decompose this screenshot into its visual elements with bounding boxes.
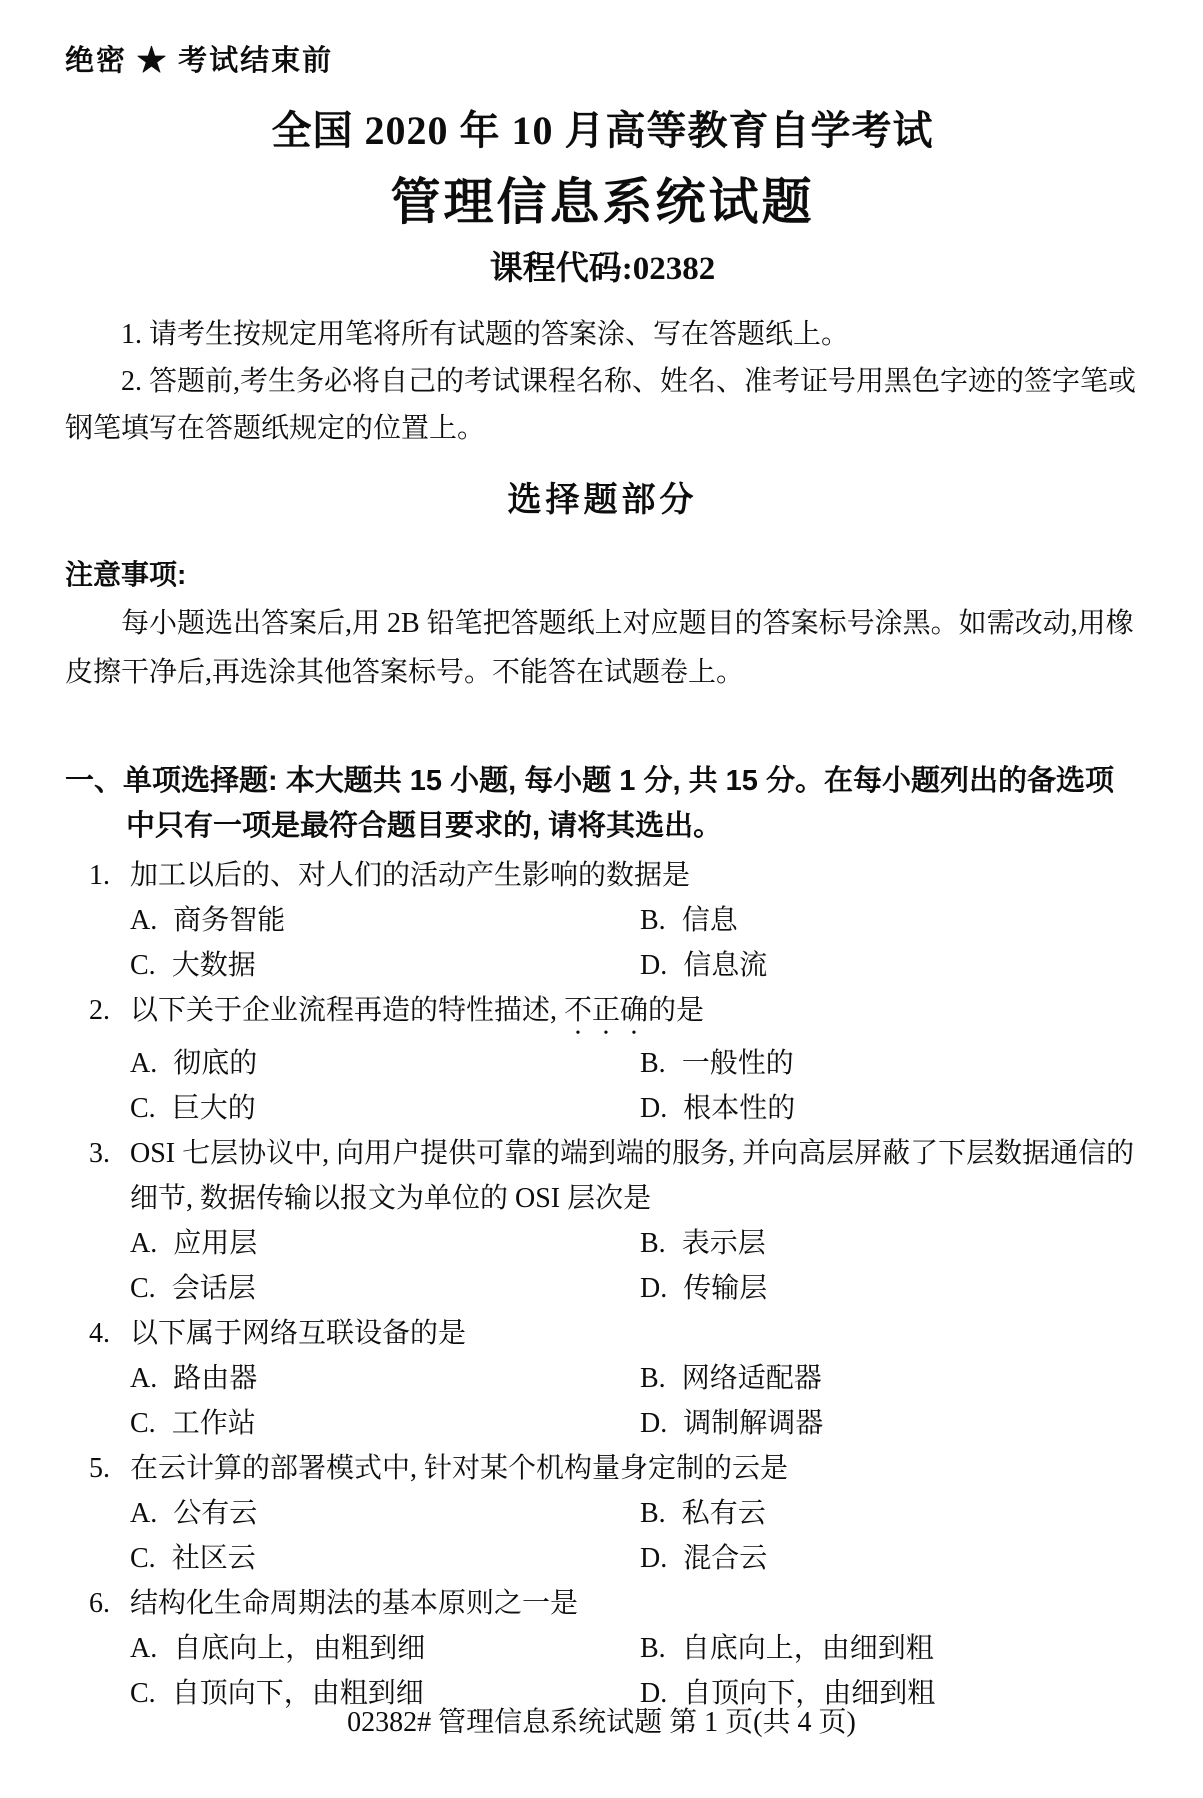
option-item: D.调制解调器 <box>640 1401 1140 1446</box>
exam-title: 管理信息系统试题 <box>65 162 1140 234</box>
option-text: 调制解调器 <box>683 1408 823 1439</box>
option-text: 会话层 <box>172 1273 256 1304</box>
option-text: 工作站 <box>172 1408 256 1439</box>
option-text: 传输层 <box>683 1273 767 1304</box>
option-item: B.表示层 <box>640 1221 1140 1266</box>
option-text: 路由器 <box>173 1363 257 1394</box>
part-one-marker: 一、 <box>65 765 123 797</box>
page-footer: 02382# 管理信息系统试题 第 1 页(共 4 页) <box>0 1700 1203 1740</box>
option-label: D. <box>640 1093 667 1124</box>
option-text: 大数据 <box>172 950 256 981</box>
option-label: D. <box>640 1408 667 1439</box>
question-item: 2.以下关于企业流程再造的特性描述, 不正确的是A.彻底的B.一般性的C.巨大的… <box>65 988 1140 1131</box>
question-number: 5. <box>89 1446 110 1491</box>
option-label: D. <box>640 1543 667 1574</box>
option-label: C. <box>130 1273 156 1304</box>
option-item: B.自底向上，由细到粗 <box>640 1626 1140 1671</box>
option-text: 表示层 <box>682 1228 766 1259</box>
questions: 1.加工以后的、对人们的活动产生影响的数据是A.商务智能B.信息C.大数据D.信… <box>65 853 1140 1716</box>
option-label: B. <box>640 1633 666 1664</box>
option-label: A. <box>130 1048 157 1079</box>
option-label: C. <box>130 950 156 981</box>
option-item: D.传输层 <box>640 1266 1140 1311</box>
option-text: 巨大的 <box>172 1093 256 1124</box>
option-text: 自底向上，由细到粗 <box>682 1633 934 1664</box>
course-code: 课程代码:02382 <box>65 242 1140 289</box>
option-text: 私有云 <box>682 1498 766 1529</box>
option-text: 商务智能 <box>173 905 285 936</box>
part-one-heading: 一、单项选择题: 本大题共 15 小题, 每小题 1 分, 共 15 分。在每小… <box>65 759 1140 849</box>
exam-session-title: 全国 2020 年 10 月高等教育自学考试 <box>65 99 1140 156</box>
question-item: 5.在云计算的部署模式中, 针对某个机构量身定制的云是A.公有云B.私有云C.社… <box>65 1446 1140 1581</box>
question-segment: 在云计算的部署模式中, 针对某个机构量身定制的云是 <box>130 1453 788 1484</box>
question-segment: 结构化生命周期法的基本原则之一是 <box>130 1588 578 1619</box>
question-text: 6.结构化生命周期法的基本原则之一是 <box>65 1581 1140 1626</box>
option-item: B.私有云 <box>640 1491 1140 1536</box>
option-label: A. <box>130 1228 157 1259</box>
option-text: 社区云 <box>172 1543 256 1574</box>
option-text: 信息 <box>682 905 738 936</box>
part-one-heading-text: 单项选择题: 本大题共 15 小题, 每小题 1 分, 共 15 分。在每小题列… <box>123 765 1114 842</box>
option-label: A. <box>130 1363 157 1394</box>
option-text: 应用层 <box>173 1228 257 1259</box>
question-text: 1.加工以后的、对人们的活动产生影响的数据是 <box>65 853 1140 898</box>
section-part-title: 选择题部分 <box>65 472 1140 521</box>
options-grid: A.商务智能B.信息C.大数据D.信息流 <box>65 898 1140 988</box>
option-label: D. <box>640 950 667 981</box>
option-text: 彻底的 <box>173 1048 257 1079</box>
question-segment: 加工以后的、对人们的活动产生影响的数据是 <box>130 860 690 891</box>
option-item: A.应用层 <box>130 1221 640 1266</box>
question-text: 4.以下属于网络互联设备的是 <box>65 1311 1140 1356</box>
option-text: 网络适配器 <box>682 1363 822 1394</box>
question-text: 5.在云计算的部署模式中, 针对某个机构量身定制的云是 <box>65 1446 1140 1491</box>
classification-banner: 绝密 ★ 考试结束前 <box>65 38 1140 79</box>
option-item: C.社区云 <box>130 1536 640 1581</box>
instruction-item-1: 1. 请考生按规定用笔将所有试题的答案涂、写在答题纸上。 <box>65 311 1140 358</box>
option-label: C. <box>130 1408 156 1439</box>
question-item: 3.OSI 七层协议中, 向用户提供可靠的端到端的服务, 并向高层屏蔽了下层数据… <box>65 1131 1140 1311</box>
option-text: 一般性的 <box>682 1048 794 1079</box>
option-text: 自底向上，由粗到细 <box>173 1633 425 1664</box>
option-item: A.自底向上，由粗到细 <box>130 1626 640 1671</box>
question-item: 6.结构化生命周期法的基本原则之一是A.自底向上，由粗到细B.自底向上，由细到粗… <box>65 1581 1140 1716</box>
option-text: 根本性的 <box>683 1093 795 1124</box>
option-label: C. <box>130 1543 156 1574</box>
option-item: C.大数据 <box>130 943 640 988</box>
option-label: B. <box>640 1048 666 1079</box>
options-grid: A.公有云B.私有云C.社区云D.混合云 <box>65 1491 1140 1581</box>
options-grid: A.彻底的B.一般性的C.巨大的D.根本性的 <box>65 1041 1140 1131</box>
option-label: A. <box>130 1498 157 1529</box>
question-number: 6. <box>89 1581 110 1626</box>
option-label: B. <box>640 1363 666 1394</box>
question-text: 2.以下关于企业流程再造的特性描述, 不正确的是 <box>65 988 1140 1041</box>
option-item: B.信息 <box>640 898 1140 943</box>
notice-text: 每小题选出答案后,用 2B 铅笔把答题纸上对应题目的答案标号涂黑。如需改动,用橡… <box>65 599 1140 697</box>
question-segment: 以下关于企业流程再造的特性描述, <box>130 995 564 1026</box>
option-label: D. <box>640 1273 667 1304</box>
question-segment: 的是 <box>648 995 704 1026</box>
option-item: B.网络适配器 <box>640 1356 1140 1401</box>
option-item: D.信息流 <box>640 943 1140 988</box>
option-item: D.混合云 <box>640 1536 1140 1581</box>
option-label: B. <box>640 905 666 936</box>
option-item: B.一般性的 <box>640 1041 1140 1086</box>
option-item: D.根本性的 <box>640 1086 1140 1131</box>
option-label: A. <box>130 1633 157 1664</box>
options-grid: A.应用层B.表示层C.会话层D.传输层 <box>65 1221 1140 1311</box>
question-item: 4.以下属于网络互联设备的是A.路由器B.网络适配器C.工作站D.调制解调器 <box>65 1311 1140 1446</box>
option-text: 混合云 <box>683 1543 767 1574</box>
option-item: C.工作站 <box>130 1401 640 1446</box>
exam-page: 绝密 ★ 考试结束前 全国 2020 年 10 月高等教育自学考试 管理信息系统… <box>0 0 1203 1798</box>
question-segment: 以下属于网络互联设备的是 <box>130 1318 466 1349</box>
question-number: 1. <box>89 853 110 898</box>
notice-label: 注意事项: <box>65 553 1140 593</box>
option-label: C. <box>130 1093 156 1124</box>
option-text: 信息流 <box>683 950 767 981</box>
emphasized-text: 不正确 <box>564 995 648 1026</box>
option-item: C.巨大的 <box>130 1086 640 1131</box>
option-label: B. <box>640 1498 666 1529</box>
instruction-item-2: 2. 答题前,考生务必将自己的考试课程名称、姓名、准考证号用黑色字迹的签字笔或钢… <box>65 358 1140 452</box>
option-item: C.会话层 <box>130 1266 640 1311</box>
option-label: B. <box>640 1228 666 1259</box>
option-item: A.公有云 <box>130 1491 640 1536</box>
question-item: 1.加工以后的、对人们的活动产生影响的数据是A.商务智能B.信息C.大数据D.信… <box>65 853 1140 988</box>
question-number: 2. <box>89 988 110 1033</box>
question-text: 3.OSI 七层协议中, 向用户提供可靠的端到端的服务, 并向高层屏蔽了下层数据… <box>65 1131 1140 1221</box>
option-text: 公有云 <box>173 1498 257 1529</box>
option-item: A.商务智能 <box>130 898 640 943</box>
option-item: A.路由器 <box>130 1356 640 1401</box>
question-number: 3. <box>89 1131 110 1176</box>
options-grid: A.路由器B.网络适配器C.工作站D.调制解调器 <box>65 1356 1140 1446</box>
option-item: A.彻底的 <box>130 1041 640 1086</box>
general-instructions: 1. 请考生按规定用笔将所有试题的答案涂、写在答题纸上。 2. 答题前,考生务必… <box>65 311 1140 452</box>
question-segment: OSI 七层协议中, 向用户提供可靠的端到端的服务, 并向高层屏蔽了下层数据通信… <box>130 1138 1134 1214</box>
option-label: A. <box>130 905 157 936</box>
question-number: 4. <box>89 1311 110 1356</box>
